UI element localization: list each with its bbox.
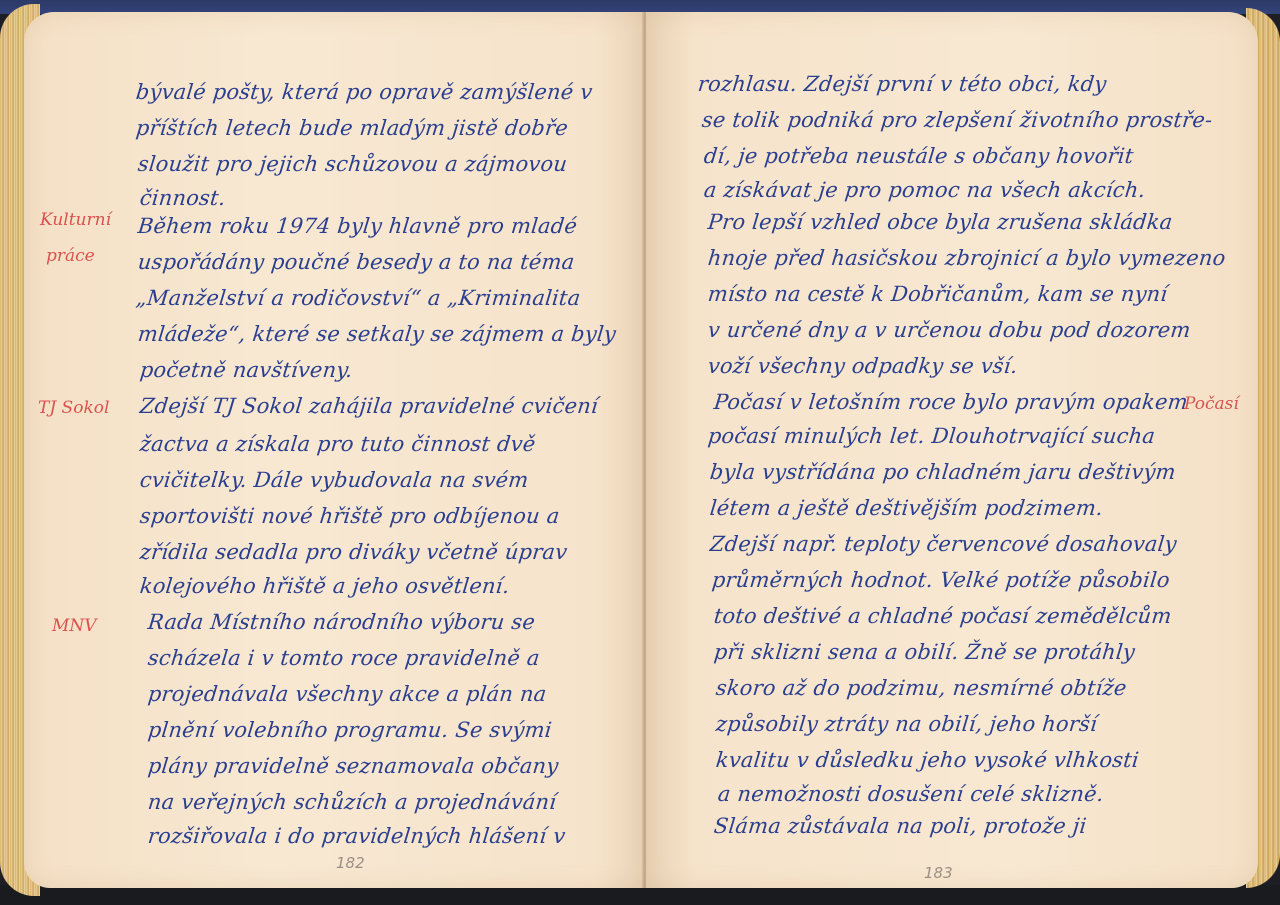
text-line: a získávat je pro pomoc na všech akcích. (703, 178, 1147, 202)
text-line: bývalé pošty, která po opravě zamýšlené … (135, 80, 594, 104)
text-line: sportovišti nové hřiště pro odbíjenou a (139, 504, 561, 528)
text-line: Rada Místního národního výboru se (147, 610, 537, 634)
text-line: kvalitu v důsledku jeho vysoké vlhkosti (715, 748, 1140, 772)
page-number-right: 183 (924, 864, 953, 882)
text-line: plány pravidelně seznamovala občany (147, 754, 560, 778)
text-line: činnost. (139, 186, 227, 210)
text-line: početně navštíveny. (139, 358, 354, 382)
margin-note-mnv: MNV (52, 616, 97, 636)
margin-note-line: práce (46, 246, 95, 266)
text-line: Sláma zůstávala na poli, protože ji (713, 814, 1088, 838)
text-line: kolejového hřiště a jeho osvětlení. (139, 574, 511, 598)
text-line: sloužit pro jejich schůzovou a zájmovou (137, 152, 569, 176)
text-line: „Manželství a rodičovství“ a „Kriminalit… (135, 286, 582, 310)
text-line: na veřejných schůzích a projednávání (147, 790, 558, 814)
text-line: projednávala všechny akce a plán na (147, 682, 548, 706)
text-line: zřídila sedadla pro diváky včetně úprav (139, 540, 569, 564)
text-line: způsobily ztráty na obilí, jeho horší (715, 712, 1099, 736)
text-line: a nemožnosti dosušení celé sklizně. (717, 782, 1105, 806)
margin-note-tj-sokol: TJ Sokol (38, 398, 109, 418)
right-page: rozhlasu. Zdejší první v této obci, kdy … (646, 12, 1258, 888)
text-line: Zdejší TJ Sokol zahájila pravidelné cvič… (139, 394, 599, 418)
text-line: byla vystřídána po chladném jaru deštivý… (709, 460, 1177, 484)
text-line: v určené dny a v určenou dobu pod dozore… (707, 318, 1192, 342)
text-line: dí, je potřeba neustále s občany hovořit (703, 144, 1135, 168)
text-line: hnoje před hasičskou zbrojnicí a bylo vy… (707, 246, 1227, 270)
text-line: uspořádány poučné besedy a to na téma (137, 250, 576, 274)
text-line: cvičitelky. Dále vybudovala na svém (139, 468, 530, 492)
page-number-left: 182 (336, 854, 365, 872)
text-line: počasí minulých let. Dlouhotrvající such… (707, 424, 1157, 448)
left-page: Kulturní práce TJ Sokol MNV bývalé pošty… (24, 12, 646, 888)
text-line: žactva a získala pro tuto činnost dvě (139, 432, 537, 456)
text-line: plnění volebního programu. Se svými (147, 718, 553, 742)
text-line: se tolik podniká pro zlepšení životního … (701, 108, 1214, 132)
text-line: místo na cestě k Dobřičanům, kam se nyní (707, 282, 1169, 306)
text-line: Zdejší např. teploty červencové dosahova… (709, 532, 1178, 556)
text-line: létem a ještě deštivějším podzimem. (709, 496, 1105, 520)
text-line: skoro až do podzimu, nesmírné obtíže (715, 676, 1128, 700)
text-line: průměrných hodnot. Velké potíže působilo (711, 568, 1171, 592)
text-line: rozšiřovala i do pravidelných hlášení v (147, 824, 567, 848)
text-line: voží všechny odpadky se vší. (707, 354, 1019, 378)
text-line: příštích letech bude mladým jistě dobře (135, 116, 569, 140)
text-line: Pro lepší vzhled obce byla zrušena sklád… (707, 210, 1174, 234)
text-line: mládeže“, které se setkaly se zájmem a b… (137, 322, 617, 346)
text-line: scházela i v tomto roce pravidelně a (147, 646, 541, 670)
margin-note-pocasi: Počasí (1184, 394, 1239, 414)
margin-note-line: Kulturní (40, 210, 111, 230)
background-surface (0, 885, 1280, 905)
text-line: při sklizni sena a obilí. Žně se protáhl… (713, 640, 1137, 664)
text-line: toto deštivé a chladné počasí zemědělcům (713, 604, 1173, 628)
text-line: rozhlasu. Zdejší první v této obci, kdy (697, 72, 1108, 96)
text-line: Počasí v letošním roce bylo pravým opake… (713, 390, 1189, 414)
text-line: Během roku 1974 byly hlavně pro mladé (137, 214, 579, 238)
